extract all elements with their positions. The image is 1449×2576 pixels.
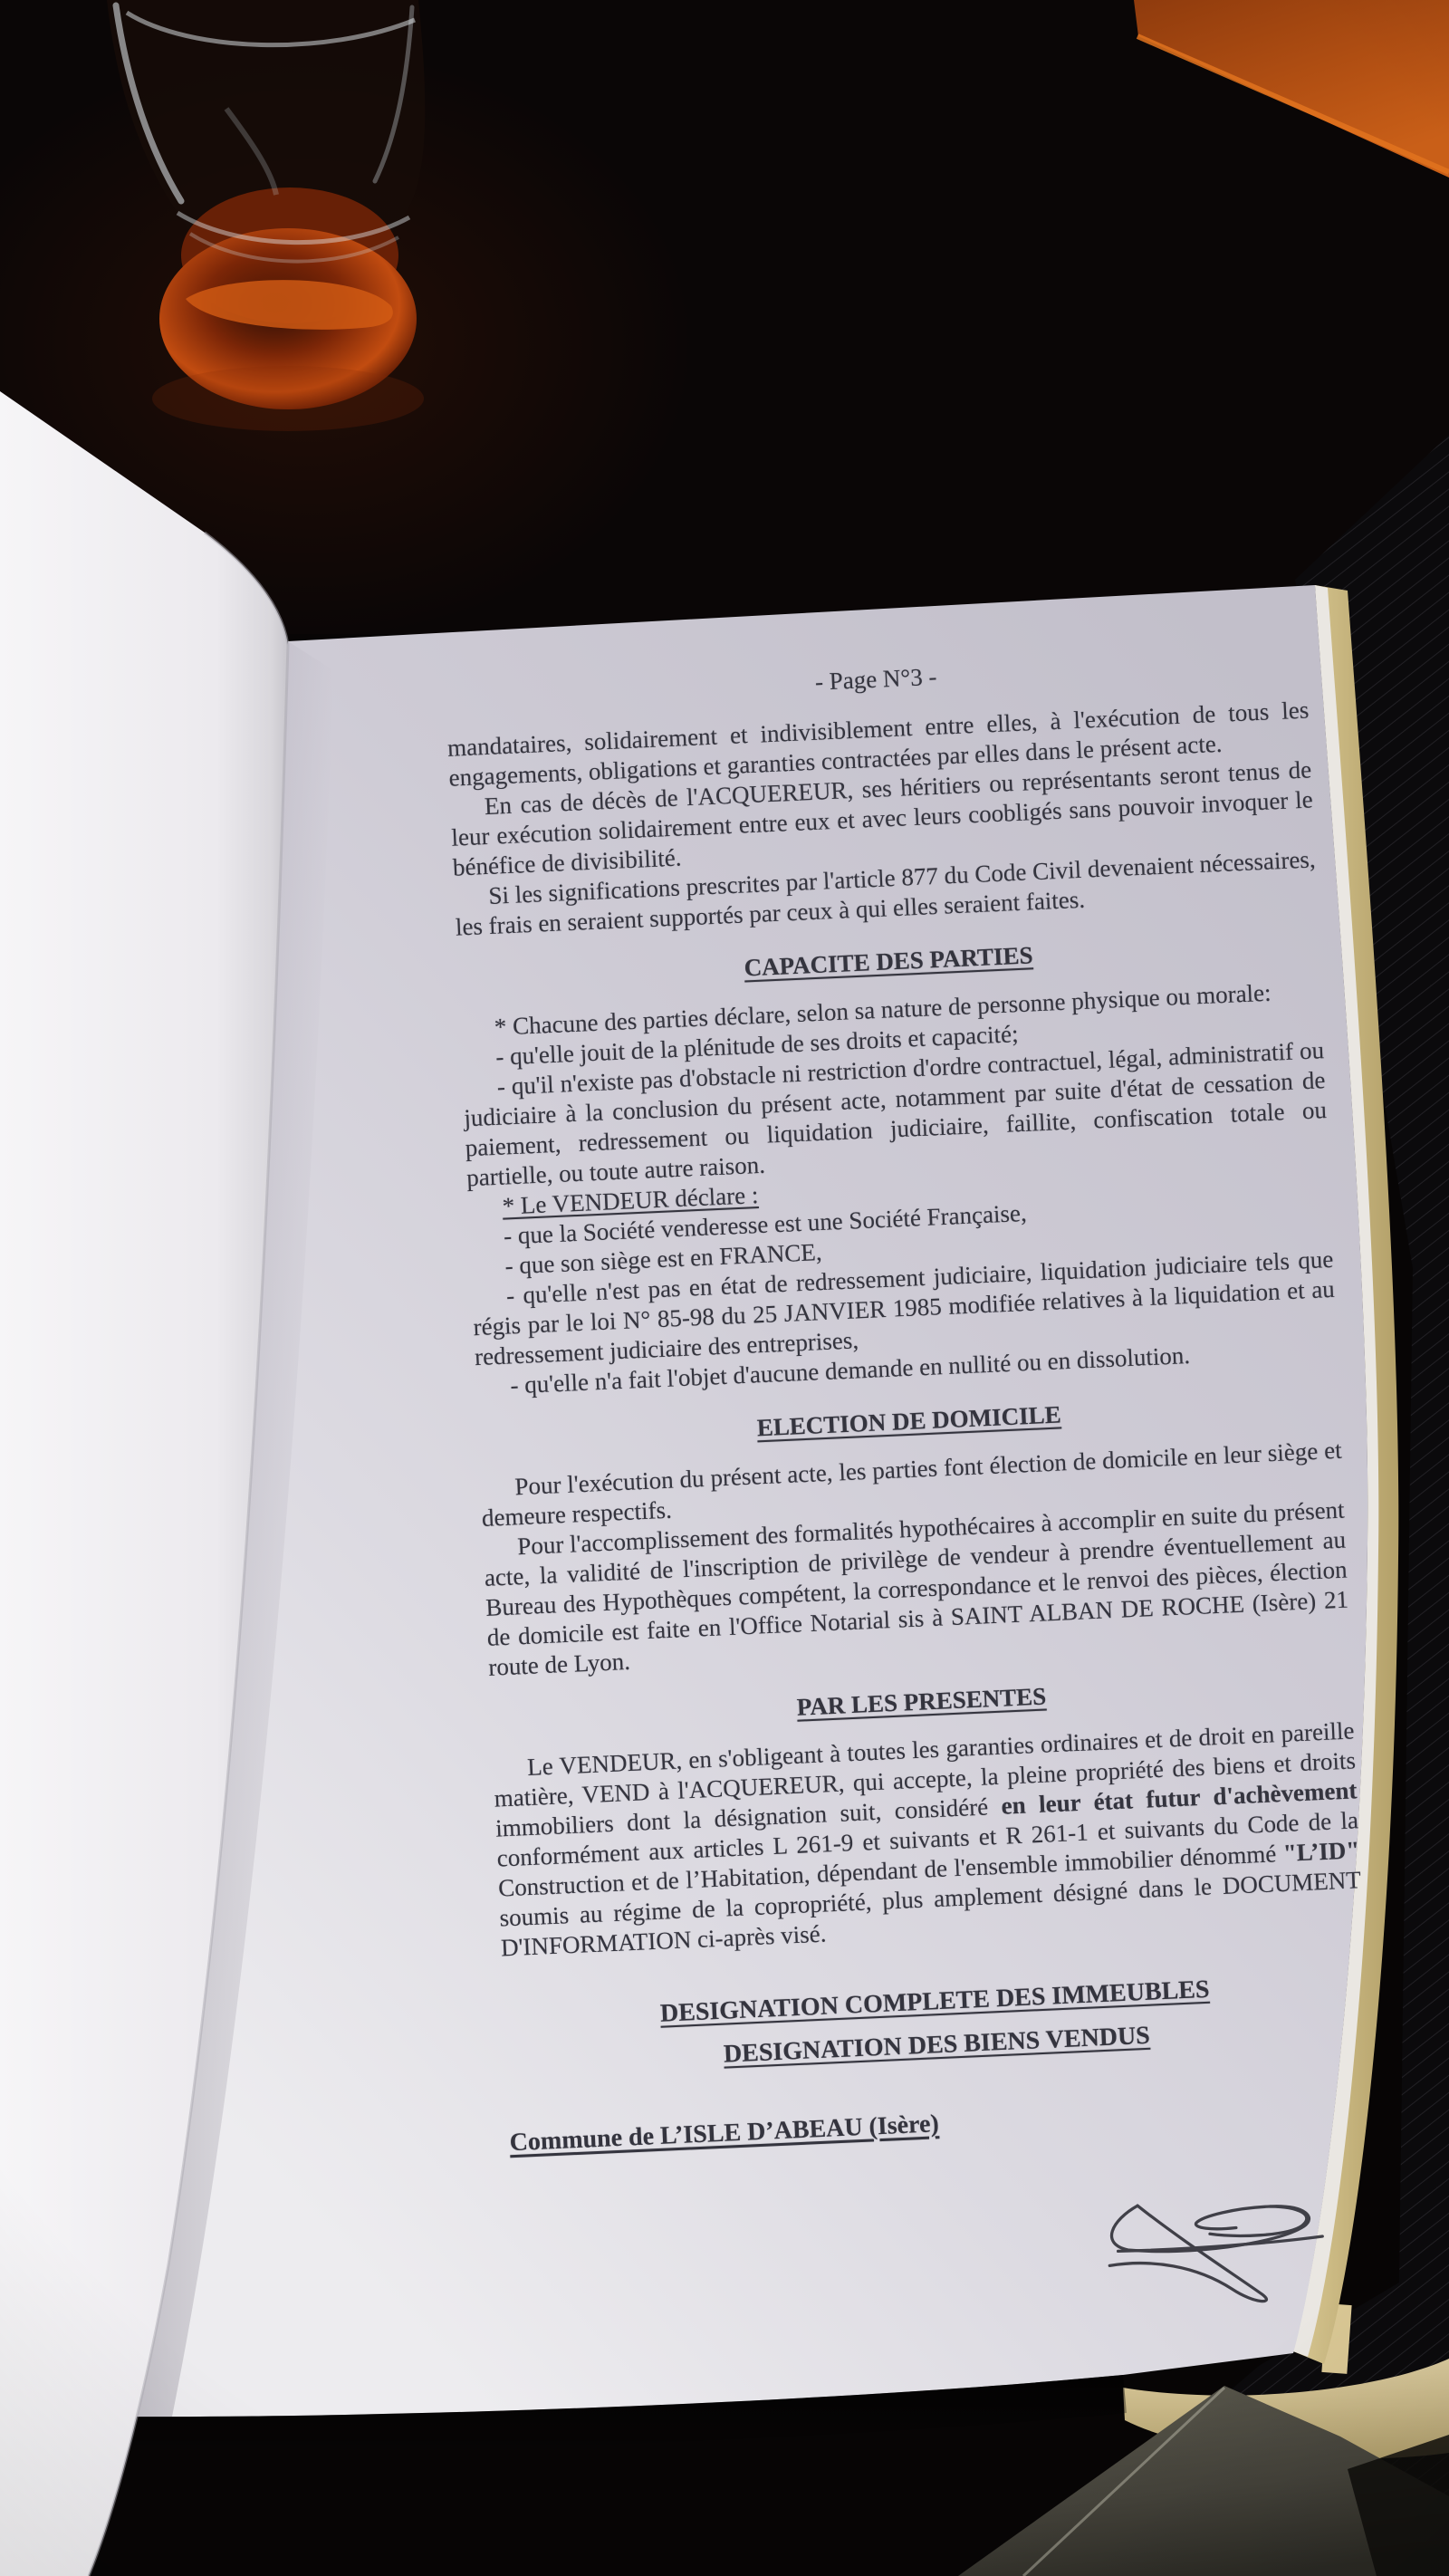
signature-scribble (1077, 2163, 1365, 2348)
commune-line: Commune de L’ISLE D’ABEAU (Isère) (509, 2090, 1372, 2158)
designation-headings: DESIGNATION COMPLETE DES IMMEUBLES DESIG… (504, 1965, 1368, 2082)
document-page-text: - Page N°3 - mandataires, solidairement … (299, 581, 1422, 2482)
paragraph-vente: Le VENDEUR, en s'obligeant à toutes les … (493, 1716, 1363, 1963)
text-column: - Page N°3 - mandataires, solidairement … (442, 582, 1381, 2372)
signature-area (513, 2163, 1366, 2372)
vente-bold-lid: "L’ID" (1282, 1836, 1360, 1867)
photo-scene: - Page N°3 - mandataires, solidairement … (0, 0, 1449, 2576)
